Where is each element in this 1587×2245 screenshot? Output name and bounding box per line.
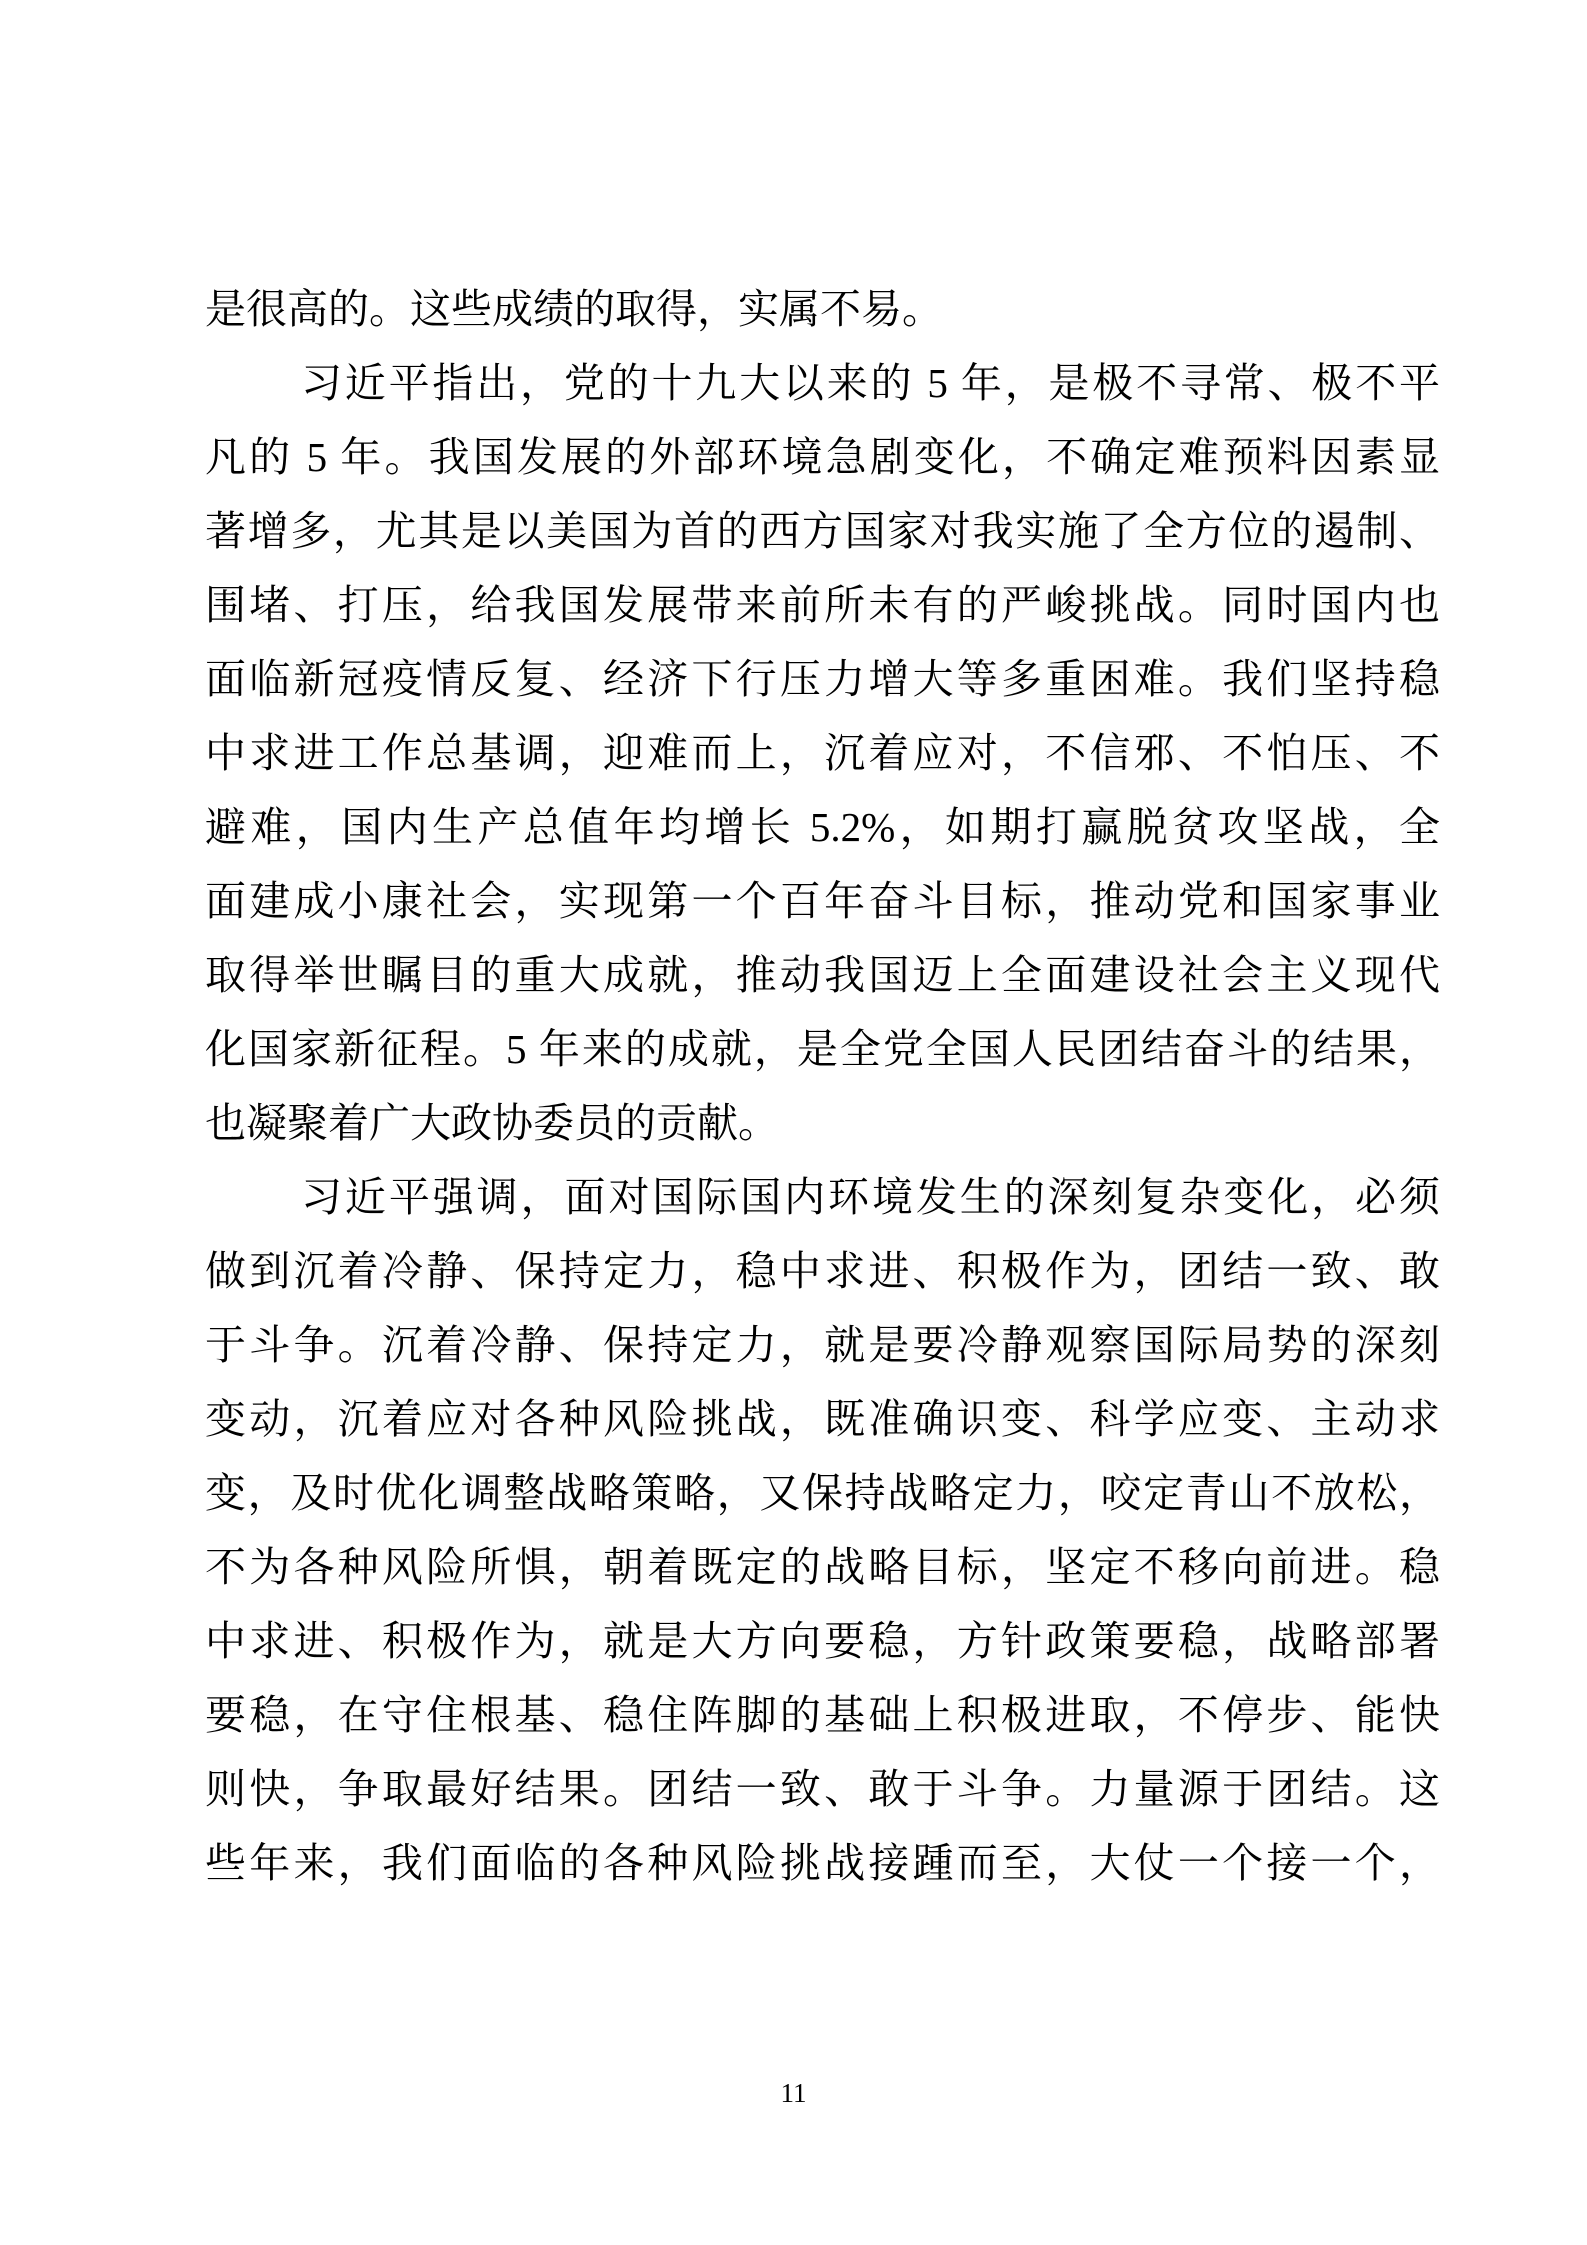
text-line: 做到沉着冷静、保持定力，稳中求进、积极作为，团结一致、敢 bbox=[205, 1234, 1440, 1308]
text-line: 中求进工作总基调，迎难而上，沉着应对，不信邪、不怕压、不 bbox=[205, 716, 1440, 790]
text-line: 于斗争。沉着冷静、保持定力，就是要冷静观察国际局势的深刻 bbox=[205, 1308, 1440, 1382]
text-line: 围堵、打压，给我国发展带来前所未有的严峻挑战。同时国内也 bbox=[205, 568, 1440, 642]
text-line: 要稳，在守住根基、稳住阵脚的基础上积极进取，不停步、能快 bbox=[205, 1678, 1440, 1752]
text-line: 化国家新征程。5 年来的成就，是全党全国人民团结奋斗的结果， bbox=[205, 1012, 1440, 1086]
text-line: 习近平指出，党的十九大以来的 5 年，是极不寻常、极不平 bbox=[205, 346, 1440, 420]
text-line: 著增多，尤其是以美国为首的西方国家对我实施了全方位的遏制、 bbox=[205, 494, 1440, 568]
text-line: 是很高的。这些成绩的取得，实属不易。 bbox=[205, 272, 1440, 346]
text-line: 也凝聚着广大政协委员的贡献。 bbox=[205, 1086, 1440, 1160]
text-line: 取得举世瞩目的重大成就，推动我国迈上全面建设社会主义现代 bbox=[205, 938, 1440, 1012]
text-line: 避难，国内生产总值年均增长 5.2%，如期打赢脱贫攻坚战，全 bbox=[205, 790, 1440, 864]
document-page: 是很高的。这些成绩的取得，实属不易。习近平指出，党的十九大以来的 5 年，是极不… bbox=[0, 0, 1587, 2245]
text-line: 面建成小康社会，实现第一个百年奋斗目标，推动党和国家事业 bbox=[205, 864, 1440, 938]
text-line: 不为各种风险所惧，朝着既定的战略目标，坚定不移向前进。稳 bbox=[205, 1530, 1440, 1604]
text-line: 变动，沉着应对各种风险挑战，既准确识变、科学应变、主动求 bbox=[205, 1382, 1440, 1456]
page-number: 11 bbox=[0, 2078, 1587, 2108]
text-line: 面临新冠疫情反复、经济下行压力增大等多重困难。我们坚持稳 bbox=[205, 642, 1440, 716]
text-line: 变，及时优化调整战略策略，又保持战略定力，咬定青山不放松， bbox=[205, 1456, 1440, 1530]
text-line: 习近平强调，面对国际国内环境发生的深刻复杂变化，必须 bbox=[205, 1160, 1440, 1234]
text-line: 些年来，我们面临的各种风险挑战接踵而至，大仗一个接一个， bbox=[205, 1826, 1440, 1900]
page-body: 是很高的。这些成绩的取得，实属不易。习近平指出，党的十九大以来的 5 年，是极不… bbox=[205, 272, 1440, 1900]
text-line: 凡的 5 年。我国发展的外部环境急剧变化，不确定难预料因素显 bbox=[205, 420, 1440, 494]
text-line: 中求进、积极作为，就是大方向要稳，方针政策要稳，战略部署 bbox=[205, 1604, 1440, 1678]
text-line: 则快，争取最好结果。团结一致、敢于斗争。力量源于团结。这 bbox=[205, 1752, 1440, 1826]
